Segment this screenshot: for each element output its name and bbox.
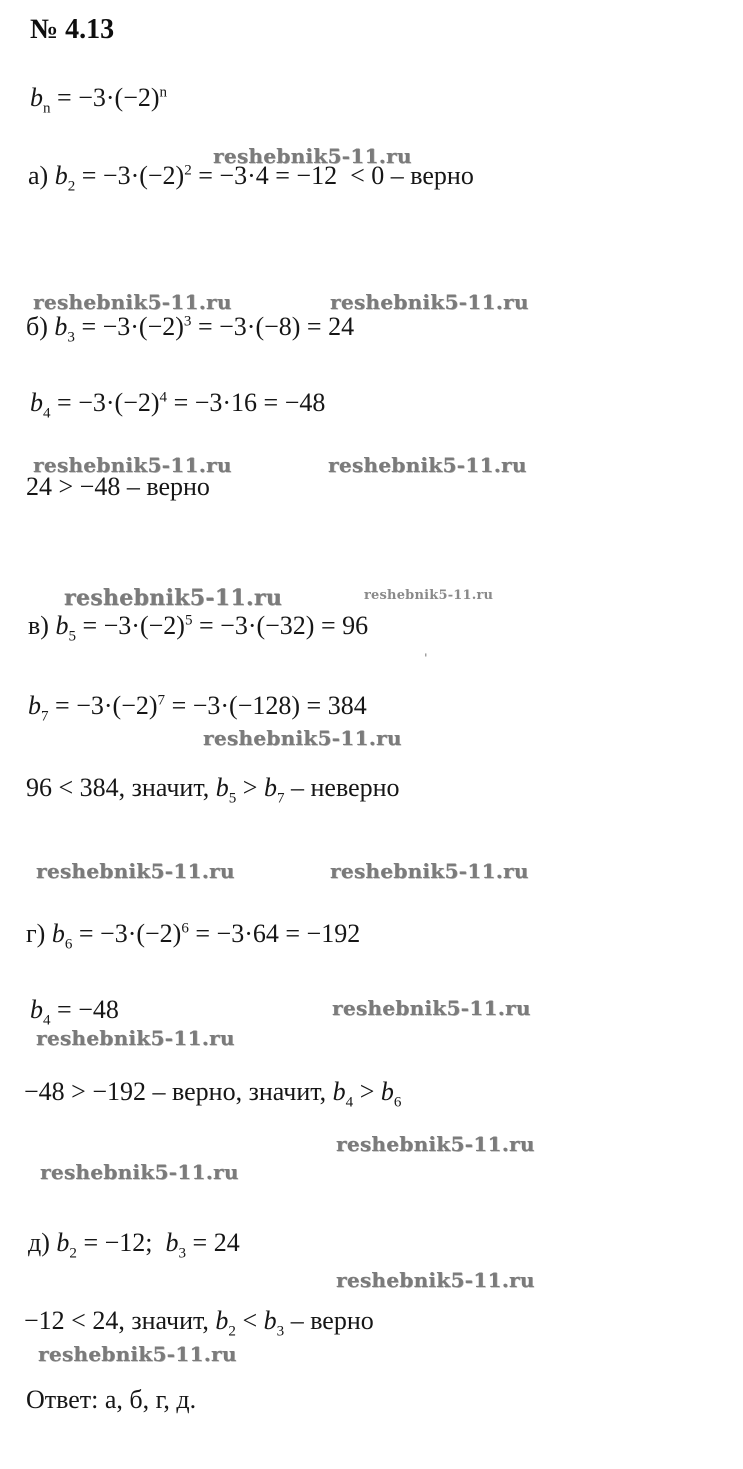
watermark: reshebnik5-11.ru [40, 1160, 239, 1184]
comparison-case-v: 96 < 384, значит, b5 > b7 – неверно [26, 773, 400, 803]
comparison-case-d: −12 < 24, значит, b2 < b3 – верно [24, 1306, 374, 1336]
formula-case-b-b3: б) b3 = −3·(−2)3 = −3·(−8) = 24 [26, 312, 354, 342]
scan-artifact: ˌ [424, 644, 429, 652]
formula-case-a: а) b2 = −3·(−2)2 = −3·4 = −12 < 0 – верн… [28, 161, 474, 191]
watermark: reshebnik5-11.ru [328, 453, 527, 477]
formula-case-v-b7: b7 = −3·(−2)7 = −3·(−128) = 384 [28, 691, 367, 721]
watermark: reshebnik5-11.ru [332, 996, 531, 1020]
formula-case-b-b4: b4 = −3·(−2)4 = −3·16 = −48 [30, 388, 325, 418]
watermark: reshebnik5-11.ru [203, 726, 402, 750]
formula-case-v-b5: в) b5 = −3·(−2)5 = −3·(−32) = 96 [28, 611, 368, 641]
watermark: reshebnik5-11.ru [336, 1268, 535, 1292]
watermark: reshebnik5-11.ru [33, 290, 232, 314]
formula-case-d: д) b2 = −12; b3 = 24 [28, 1228, 240, 1258]
formula-general: bn = −3·(−2)n [30, 83, 167, 113]
watermark: reshebnik5-11.ru [38, 1342, 237, 1366]
comparison-case-b: 24 > −48 – верно [26, 472, 210, 502]
problem-number: № 4.13 [30, 14, 114, 46]
watermark: reshebnik5-11.ru [36, 859, 235, 883]
solution-page: № 4.13 bn = −3·(−2)n reshebnik5-11.ru а)… [0, 0, 743, 1469]
comparison-case-g: −48 > −192 – верно, значит, b4 > b6 [24, 1077, 401, 1107]
formula-case-g-b4: b4 = −48 [30, 995, 119, 1025]
watermark: reshebnik5-11.ru [330, 290, 529, 314]
formula-case-g-b6: г) b6 = −3·(−2)6 = −3·64 = −192 [26, 919, 360, 949]
watermark: reshebnik5-11.ru [364, 588, 493, 603]
answer-line: Ответ: а, б, г, д. [26, 1385, 196, 1415]
watermark: reshebnik5-11.ru [330, 859, 529, 883]
watermark: reshebnik5-11.ru [336, 1132, 535, 1156]
watermark: reshebnik5-11.ru [64, 585, 282, 611]
watermark: reshebnik5-11.ru [36, 1026, 235, 1050]
